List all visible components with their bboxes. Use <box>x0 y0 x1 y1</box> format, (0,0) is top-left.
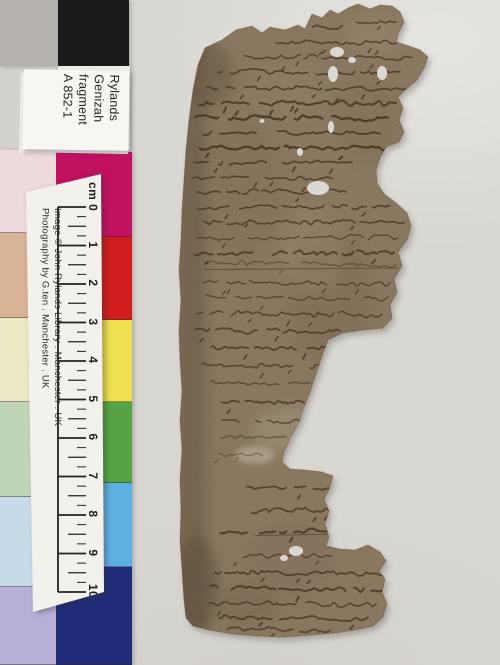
photograph-stage: RylandsGenizahfragmentA 852-1 Image © Jo… <box>0 0 500 665</box>
manuscript-fragment <box>0 0 500 665</box>
